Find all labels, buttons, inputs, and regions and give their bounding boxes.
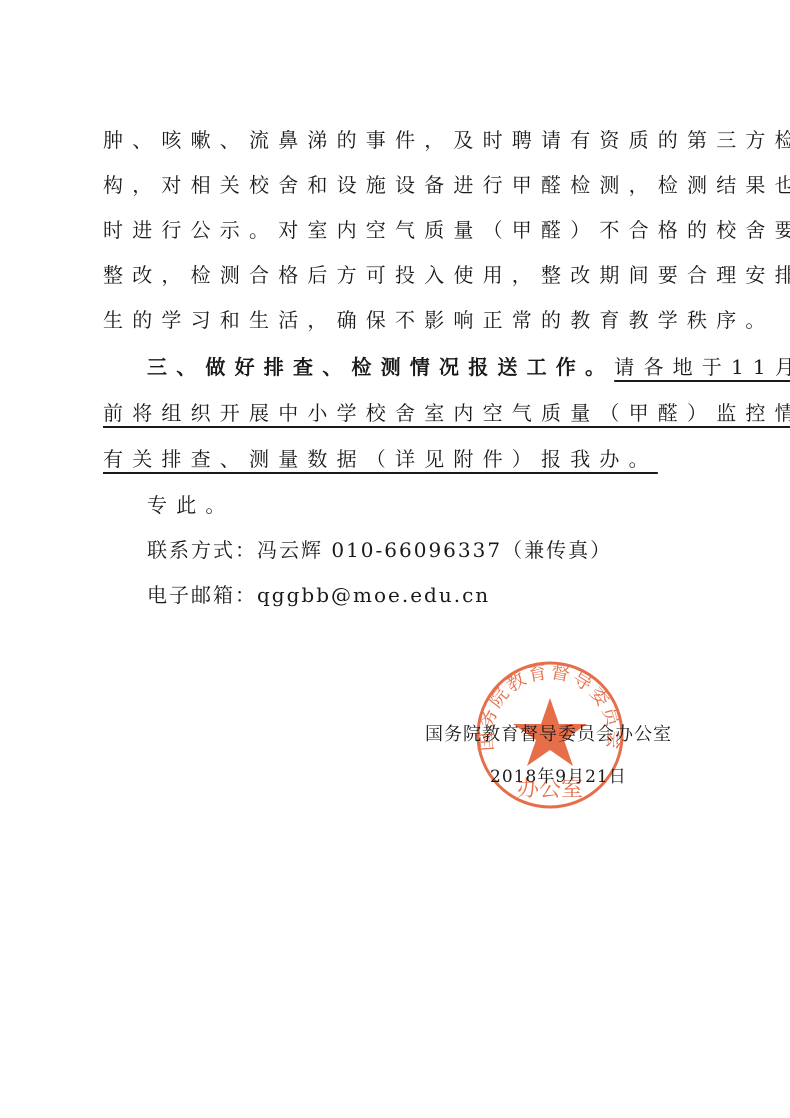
document-page: 肿、咳嗽、流鼻涕的事件，及时聘请有资质的第三方检测机 构，对相关校舍和设施设备进…	[0, 0, 790, 1118]
body-line-1: 肿、咳嗽、流鼻涕的事件，及时聘请有资质的第三方检测机	[103, 125, 693, 155]
section-3-heading: 三、做好排查、检测情况报送工作。	[147, 355, 614, 379]
issuing-organization: 国务院教育督导委员会办公室	[425, 720, 672, 746]
section-3-line-3: 有关排查、测量数据（详见附件）报我办。	[103, 444, 693, 474]
section-3-underlined-text: 前将组织开展中小学校舍室内空气质量（甲醛）监控情况及	[103, 401, 790, 425]
section-3-line-2: 前将组织开展中小学校舍室内空气质量（甲醛）监控情况及	[103, 398, 693, 428]
issue-date: 2018年9月21日	[490, 762, 627, 787]
body-line-2: 构，对相关校舍和设施设备进行甲醛检测，检测结果也要及	[103, 170, 693, 200]
email-info: 电子邮箱：qggbb@moe.edu.cn	[147, 580, 737, 610]
section-3-underlined-text: 有关排查、测量数据（详见附件）报我办。	[103, 447, 658, 471]
section-3-underlined-text: 请各地于11月30日	[614, 355, 790, 379]
section-3-first-line: 三、做好排查、检测情况报送工作。请各地于11月30日	[147, 352, 737, 382]
body-line-3: 时进行公示。对室内空气质量（甲醛）不合格的校舍要及时	[103, 215, 693, 245]
body-line-5: 生的学习和生活，确保不影响正常的教育教学秩序。	[103, 305, 693, 335]
closing-text: 专此。	[147, 490, 737, 520]
contact-info: 联系方式：冯云辉 010-66096337（兼传真）	[147, 535, 737, 565]
body-line-4: 整改，检测合格后方可投入使用，整改期间要合理安排好学	[103, 260, 693, 290]
